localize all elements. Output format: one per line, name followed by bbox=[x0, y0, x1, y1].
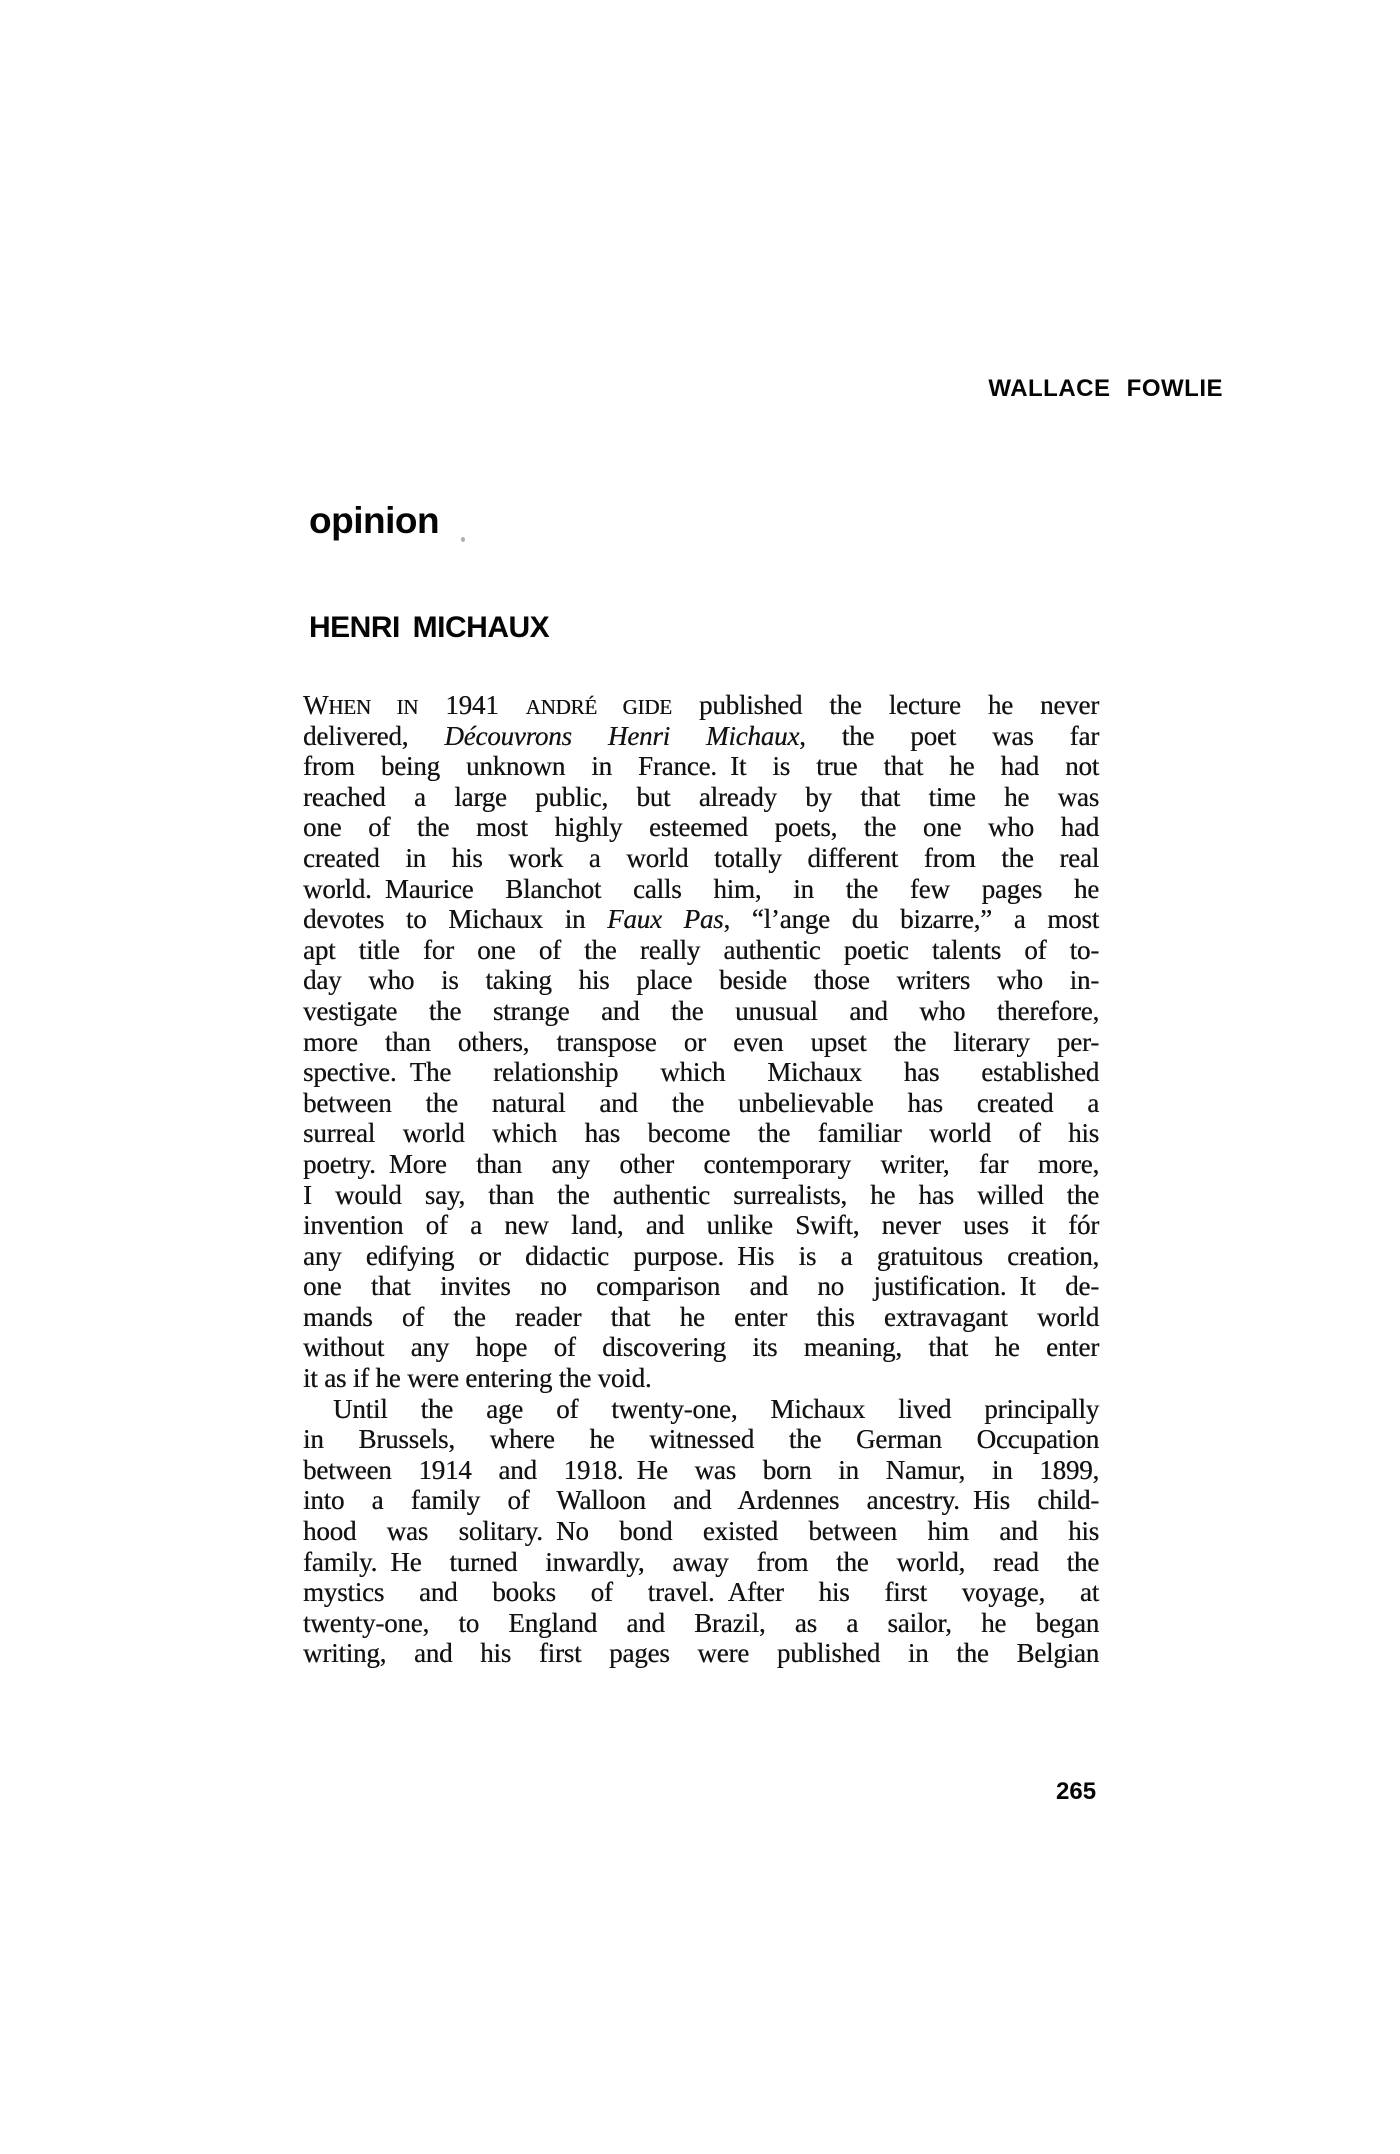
body-line: between the natural and the unbelievable… bbox=[303, 1088, 1099, 1119]
body-line: Until the age of twenty-one, Michaux liv… bbox=[303, 1394, 1099, 1425]
running-header-author: WALLACE FOWLIE bbox=[988, 377, 1223, 401]
body-line: into a family of Walloon and Ardennes an… bbox=[303, 1485, 1099, 1516]
body-line: poetry. More than any other contemporary… bbox=[303, 1149, 1099, 1180]
section-label: opinion bbox=[309, 502, 439, 539]
body-line: surreal world which has become the famil… bbox=[303, 1118, 1099, 1149]
body-line: delivered, Découvrons Henri Michaux, the… bbox=[303, 721, 1099, 752]
body-line: between 1914 and 1918. He was born in Na… bbox=[303, 1455, 1099, 1486]
body-line: from being unknown in France. It is true… bbox=[303, 751, 1099, 782]
body-line: more than others, transpose or even upse… bbox=[303, 1027, 1099, 1058]
body-line: I would say, than the authentic surreali… bbox=[303, 1180, 1099, 1211]
body-line: world. Maurice Blanchot calls him, in th… bbox=[303, 874, 1099, 905]
page-number: 265 bbox=[1056, 1780, 1096, 1804]
body-line: family. He turned inwardly, away from th… bbox=[303, 1547, 1099, 1578]
body-line: one of the most highly esteemed poets, t… bbox=[303, 812, 1099, 843]
body-text: WHEN IN 1941 ANDRÉ GIDE published the le… bbox=[303, 690, 1099, 1669]
body-line: writing, and his first pages were publis… bbox=[303, 1638, 1099, 1669]
body-line: apt title for one of the really authenti… bbox=[303, 935, 1099, 966]
body-line: spective. The relationship which Michaux… bbox=[303, 1057, 1099, 1088]
scan-speck bbox=[461, 537, 465, 542]
body-line: any edifying or didactic purpose. His is… bbox=[303, 1241, 1099, 1272]
body-line: mystics and books of travel. After his f… bbox=[303, 1577, 1099, 1608]
body-line: twenty-one, to England and Brazil, as a … bbox=[303, 1608, 1099, 1639]
body-line: hood was solitary. No bond existed betwe… bbox=[303, 1516, 1099, 1547]
body-line: reached a large public, but already by t… bbox=[303, 782, 1099, 813]
body-line: vestigate the strange and the unusual an… bbox=[303, 996, 1099, 1027]
body-line: WHEN IN 1941 ANDRÉ GIDE published the le… bbox=[303, 690, 1099, 721]
body-line: one that invites no comparison and no ju… bbox=[303, 1271, 1099, 1302]
body-line: invention of a new land, and unlike Swif… bbox=[303, 1210, 1099, 1241]
body-line: it as if he were entering the void. bbox=[303, 1363, 1099, 1394]
body-line: without any hope of discovering its mean… bbox=[303, 1332, 1099, 1363]
body-line: created in his work a world totally diff… bbox=[303, 843, 1099, 874]
body-line: day who is taking his place beside those… bbox=[303, 965, 1099, 996]
document-page: WALLACE FOWLIE opinion HENRI MICHAUX WHE… bbox=[0, 0, 1400, 2154]
body-line: mands of the reader that he enter this e… bbox=[303, 1302, 1099, 1333]
article-title: HENRI MICHAUX bbox=[309, 613, 549, 643]
body-line: devotes to Michaux in Faux Pas, “l’ange … bbox=[303, 904, 1099, 935]
body-line: in Brussels, where he witnessed the Germ… bbox=[303, 1424, 1099, 1455]
